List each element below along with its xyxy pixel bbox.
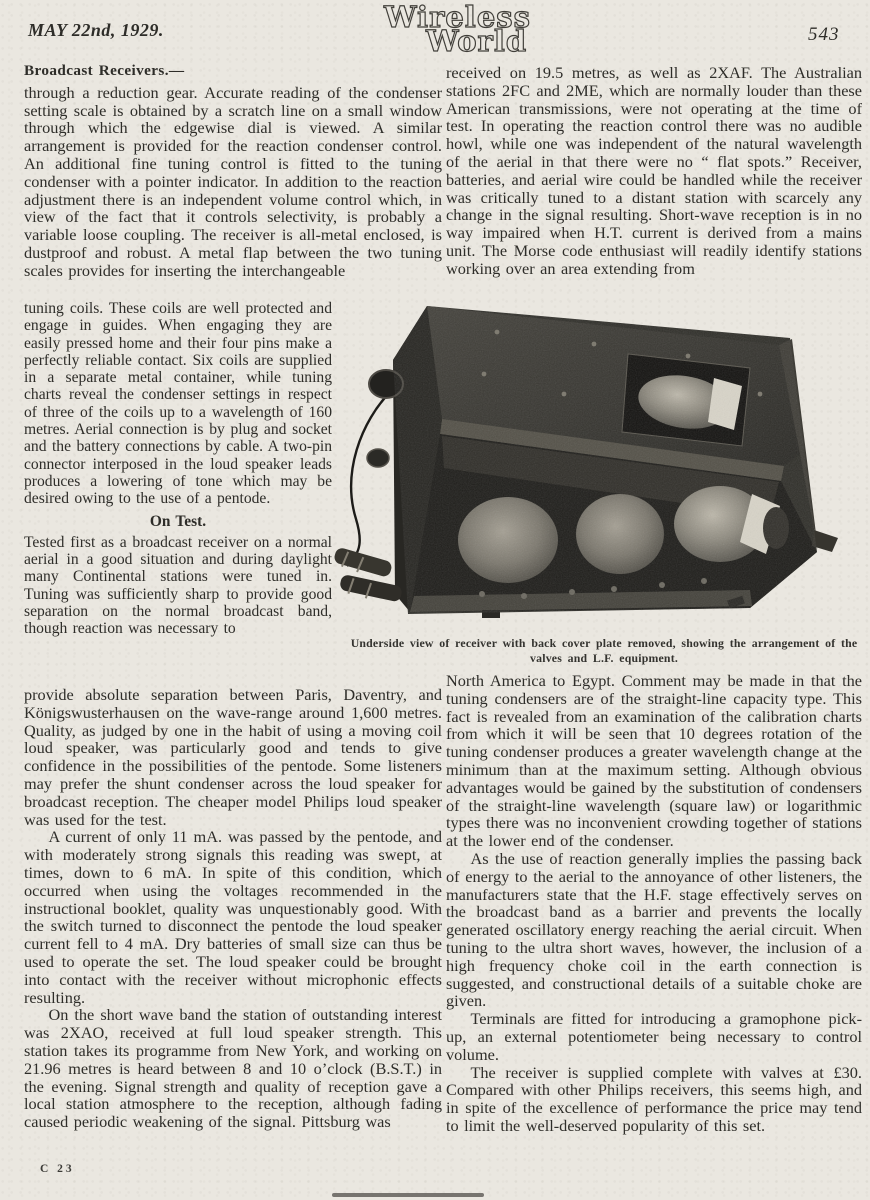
receiver-photo [332, 294, 868, 634]
battery-connectors [333, 547, 403, 603]
body-paragraph: provide absolute separation between Pari… [24, 686, 442, 828]
side-plug [367, 449, 389, 467]
body-paragraph: The receiver is supplied complete with v… [446, 1064, 862, 1135]
body-paragraph: through a reduction gear. Accurate readi… [24, 84, 442, 280]
left-column-wrapped: tuning coils. These coils are well prote… [24, 300, 332, 688]
masthead-line2: World [426, 28, 531, 54]
figure-caption: Underside view of receiver with back cov… [348, 636, 860, 665]
right-column-bottom: North America to Egypt. Comment may be m… [446, 672, 862, 1135]
issue-date: MAY 22nd, 1929. [28, 20, 164, 41]
masthead-logo: Wireless World [384, 4, 531, 54]
section-heading: Broadcast Receivers.— [24, 62, 442, 80]
aerial-wire [347, 390, 392, 566]
subsection-heading: On Test. [24, 513, 332, 530]
scan-artifact [332, 1193, 484, 1197]
printers-mark: C 23 [40, 1163, 75, 1175]
body-paragraph: Tested first as a broadcast receiver on … [24, 534, 332, 638]
body-paragraph: received on 19.5 metres, as well as 2XAF… [446, 64, 862, 278]
body-paragraph: On the short wave band the station of ou… [24, 1006, 442, 1131]
left-column-top: Broadcast Receivers.— through a reductio… [24, 62, 442, 280]
body-paragraph: tuning coils. These coils are well prote… [24, 300, 332, 508]
left-column-bottom: provide absolute separation between Pari… [24, 686, 442, 1131]
right-column-top: received on 19.5 metres, as well as 2XAF… [446, 64, 862, 300]
body-paragraph: As the use of reaction generally implies… [446, 850, 862, 1010]
body-paragraph: Terminals are fitted for introducing a g… [446, 1010, 862, 1063]
body-paragraph: A current of only 11 mA. was passed by t… [24, 828, 442, 1006]
page-number: 543 [808, 24, 840, 46]
body-paragraph: North America to Egypt. Comment may be m… [446, 672, 862, 850]
